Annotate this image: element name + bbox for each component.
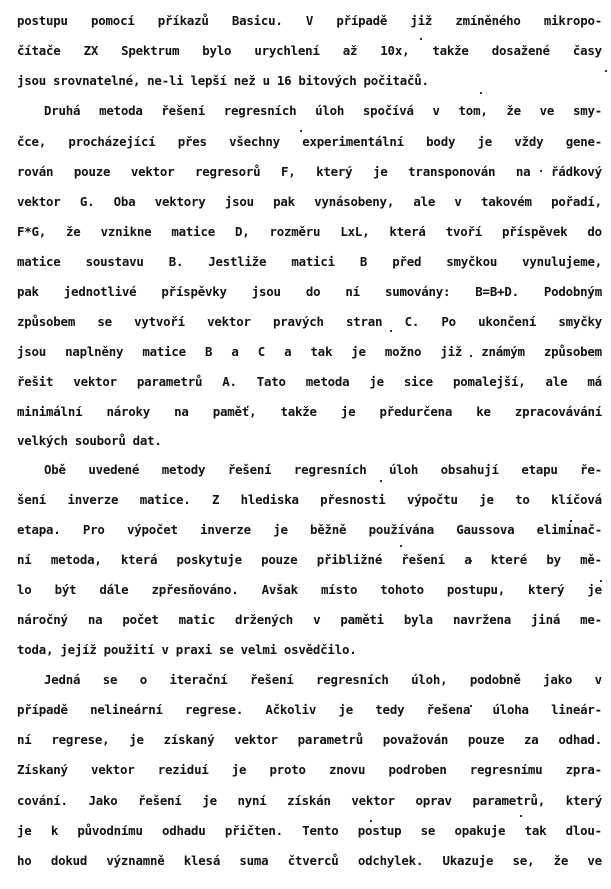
text-line: způsobemsevytvořívektorpravýchstranC.Pou…	[17, 314, 602, 330]
scan-speck	[570, 520, 572, 522]
scan-speck	[470, 355, 472, 357]
text-line: F*G,ževzniknematiceD,rozměruLxL,kterátvo…	[17, 224, 602, 240]
scan-speck	[600, 580, 602, 582]
scanned-document-page: postupupomocípříkazůBasicu.Vpřípadějižzm…	[0, 0, 611, 889]
text-line: cování.Jakořešeníjenynízískánvektoroprav…	[17, 793, 602, 809]
text-line: šeníinverzematice.Zhlediskapřesnostivýpo…	[17, 492, 602, 508]
text-line: čce,procházejícípřesvšechnyexperimentáln…	[17, 134, 602, 150]
scan-speck	[470, 705, 472, 707]
text-line: vektorG.Obavektoryjsoupakvynásobeny,alev…	[17, 194, 602, 210]
scan-speck	[390, 330, 392, 332]
text-line: rovánpouzevektorregresorůF,kterýjetransp…	[17, 164, 602, 180]
scan-speck	[480, 92, 482, 94]
text-line: náročnýnapočetmaticdrženýchvpamětibylana…	[17, 612, 602, 628]
text-line: maticesoustavuB.JestližematiciBpředsmyčk…	[17, 254, 602, 270]
text-line: čítačeZXSpektrumbylourychleníaž10x,takže…	[17, 43, 602, 59]
text-line: etapa.ProvýpočetinverzejeběžněpoužívánaG…	[17, 522, 602, 538]
text-line: jekpůvodnímuodhadupřičten.Tentopostupseo…	[17, 823, 602, 839]
text-line: jsounaplněnymaticeBaCatakjemožnojižznámý…	[17, 344, 602, 360]
scan-speck	[330, 497, 332, 499]
scan-speck	[420, 38, 422, 40]
text-line: toda,jejížpoužitívpraxisevelmiosvědčilo.	[17, 642, 602, 658]
text-line: Druhámetodařešeníregresníchúlohspočívávt…	[44, 103, 602, 119]
scan-speck	[400, 545, 402, 547]
text-line: řešitvektorparametrůA.Tatometodajesicepo…	[17, 374, 602, 390]
scan-speck	[420, 680, 422, 682]
text-line: lobýtdálezpřesňováno.Avšakmístotohotopos…	[17, 582, 602, 598]
scan-speck	[520, 815, 522, 817]
text-line: níregrese,jezískanývektorparametrůpovažo…	[17, 732, 602, 748]
text-line: hodokudvýznamněklesásumačtvercůodchylek.…	[17, 853, 602, 869]
text-line: jsousrovnatelné,ne-lilepšínežu16bitových…	[17, 73, 602, 89]
scan-speck	[605, 70, 607, 72]
scan-speck	[370, 820, 372, 822]
text-line: velkýchsouborůdat.	[17, 433, 602, 449]
text-line: Získanývektorreziduíjeprotoznovupodroben…	[17, 762, 602, 778]
scan-speck	[470, 560, 472, 562]
scan-speck	[540, 170, 542, 172]
text-line: postupupomocípříkazůBasicu.Vpřípadějižzm…	[17, 13, 602, 29]
scan-speck	[300, 130, 302, 132]
text-line: nímetoda,kteráposkytujepouzepřibližnéřeš…	[17, 552, 602, 568]
text-line: minimálnínárokynapaměť,takžejepředurčena…	[17, 404, 602, 420]
text-line: Jednáseoiteračnířešeníregresníchúloh,pod…	[44, 672, 602, 688]
scan-speck	[380, 480, 382, 482]
text-line: případěnelineárníregrese.Ačkolivjetedyře…	[17, 702, 602, 718]
text-line: Oběuvedenémetodyřešeníregresníchúlohobsa…	[44, 462, 602, 478]
text-line: pakjednotlivépříspěvkyjsoudonísumovány:B…	[17, 284, 602, 300]
